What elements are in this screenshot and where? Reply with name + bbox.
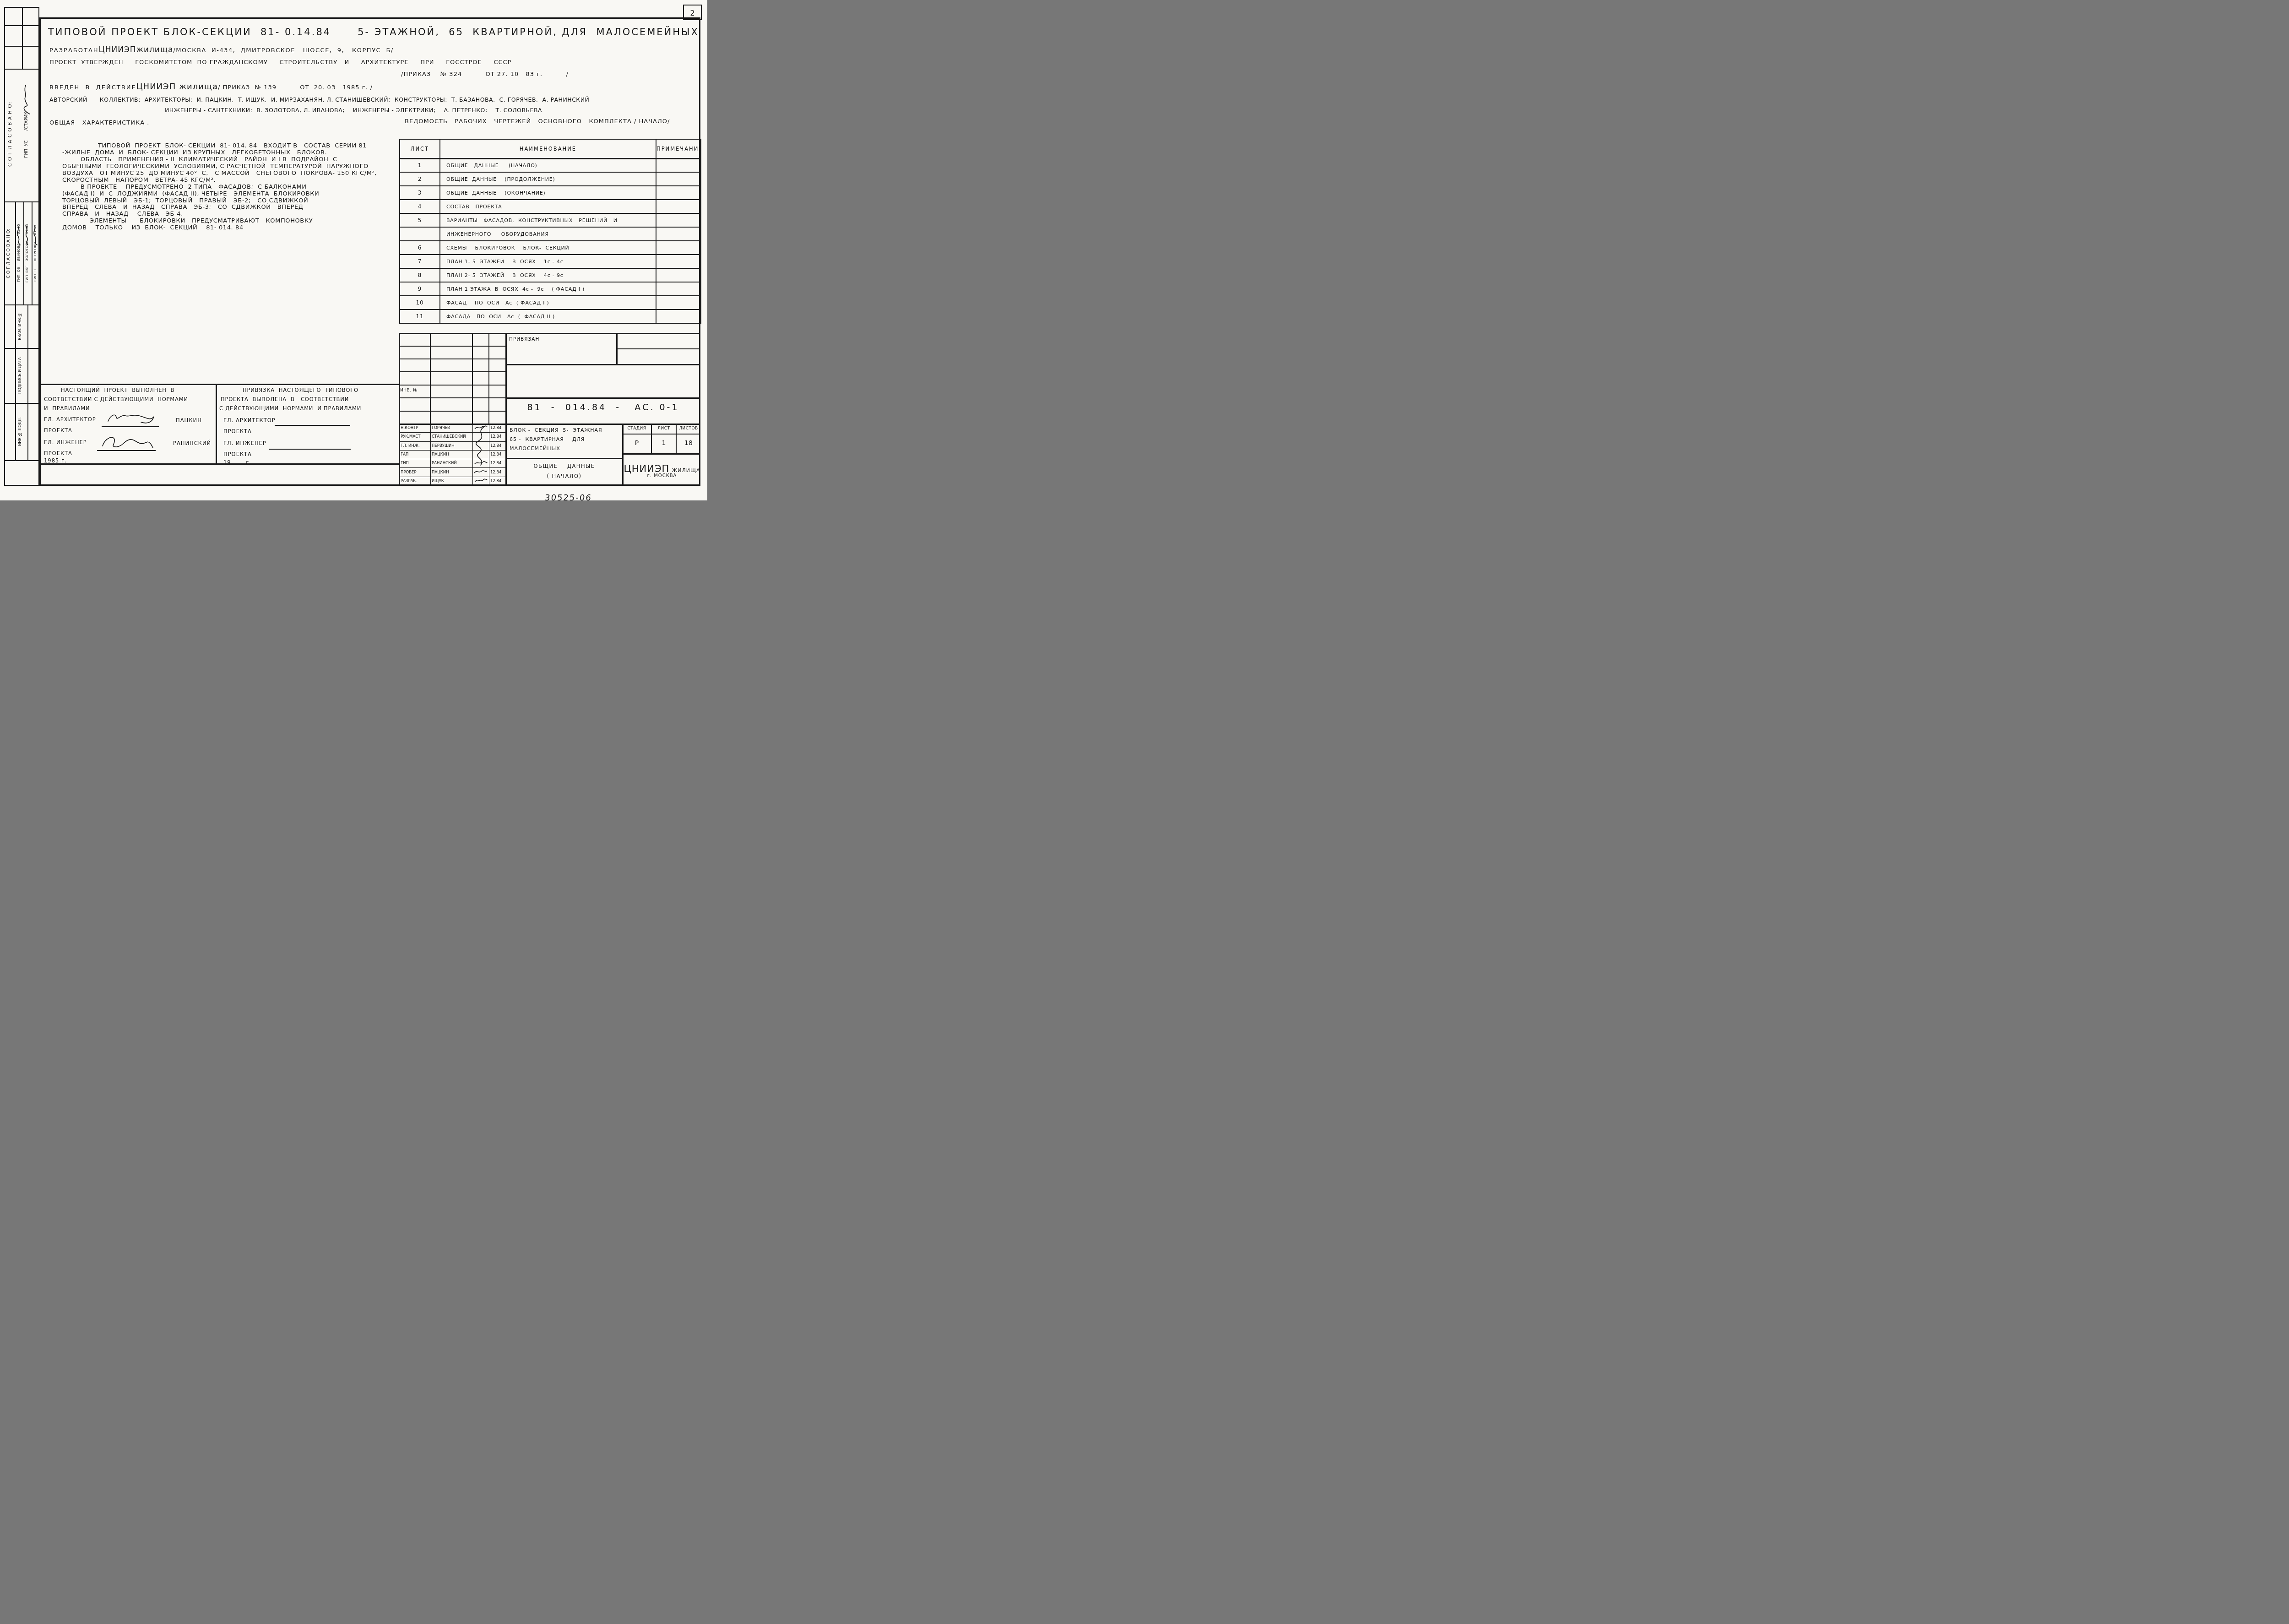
approved-stamp-2-label: С О Г Л А С О В А Н О:	[6, 205, 14, 302]
stamp-date: 12.84	[489, 459, 506, 468]
stamp-signature-cell	[473, 468, 489, 477]
text-line: СПРАВА И НАЗАД СЛЕВА ЭБ-4.	[62, 211, 402, 218]
note-cell	[656, 172, 701, 186]
developed-rest: /МОСКВА И-434, ДМИТРОВСКОЕ ШОССЕ, 9, КОР…	[173, 47, 393, 54]
table-row: 4СОСТАВ ПРОЕКТА	[400, 200, 701, 213]
scanned-drawing-sheet: 2 С О Г Л А С О В А Н О: ГИП УС /СТАРИК …	[0, 0, 707, 500]
margin-label-inv-podl: ИНВ.№ ПОДЛ.	[18, 405, 26, 459]
inventory-number-label: ИНВ. №	[400, 387, 429, 397]
sheet-no: 5	[400, 213, 440, 227]
stamp-role: Н.КОНТР	[400, 424, 431, 433]
stage-header: СТАДИЯ	[623, 426, 651, 431]
stamp-row: РАЗРАБ.ИЩУК12.84	[400, 477, 506, 485]
role-label: ПРОЕКТА	[223, 451, 252, 457]
sheet-name: ПЛАН 2- 5 ЭТАЖЕЙ В ОСЯХ 4с - 9с	[440, 268, 656, 282]
grid-line	[622, 434, 700, 435]
grid-line	[399, 397, 506, 398]
approved-stamp-2-entry: ГИП ВКГ ЗОЛОТОВА 01.85	[25, 203, 31, 303]
table-row: 7ПЛАН 1- 5 ЭТАЖЕЙ В ОСЯХ 1с - 4с	[400, 255, 701, 268]
year-label: 1985 г.	[44, 458, 67, 464]
sheet-no	[400, 227, 440, 241]
attached-label: ПРИВЯЗАН	[509, 337, 539, 342]
role-label: ГЛ. АРХИТЕКТОР	[223, 418, 276, 424]
grid-line	[27, 304, 28, 460]
grid-line	[4, 460, 39, 461]
note-cell	[656, 268, 701, 282]
declaration-line: НАСТОЯЩИЙ ПРОЕКТ ВЫПОЛНЕН В	[61, 387, 174, 393]
stamp-name: ПЕРВУШИН	[431, 441, 473, 450]
margin-label-vzam-inv: ВЗАМ. ИНВ.№	[18, 306, 26, 346]
declaration-line: СООТВЕТСТВИИ С ДЕЙСТВУЮЩИМИ НОРМАМИ	[44, 396, 188, 402]
grid-line	[399, 371, 506, 372]
section-heading-sheet-register: ВЕДОМОСТЬ РАБОЧИХ ЧЕРТЕЖЕЙ ОСНОВНОГО КОМ…	[405, 119, 670, 125]
sheet-name: ФАСАД ПО ОСИ Ас ( ФАСАД I )	[440, 296, 656, 310]
note-cell	[656, 310, 701, 323]
grid-line	[399, 385, 506, 386]
sheet-name: ИНЖЕНЕРНОГО ОБОРУДОВАНИЯ	[440, 227, 656, 241]
grid-line	[4, 25, 39, 26]
year-label: 19 г.	[223, 460, 251, 466]
project-name-line: 65 - КВАРТИРНАЯ ДЛЯ	[510, 437, 585, 443]
approval-order-line: /ПРИКАЗ № 324 ОТ 27. 10 83 г. /	[401, 71, 569, 78]
grid-line	[399, 333, 700, 334]
table-row: 1ОБЩИЕ ДАННЫЕ (НАЧАЛО)	[400, 158, 701, 172]
sheet-no: 2	[400, 172, 440, 186]
text-line: ТИПОВОЙ ПРОЕКТ БЛОК- СЕКЦИИ 81- 014. 84 …	[62, 143, 402, 150]
signature	[470, 425, 490, 467]
table-row: 3ОБЩИЕ ДАННЫЕ (ОКОНЧАНИЕ)	[400, 186, 701, 200]
grid-line	[32, 201, 33, 304]
sheet-name: ОБЩИЕ ДАННЫЕ (НАЧАЛО)	[440, 158, 656, 172]
signature-line	[269, 449, 351, 450]
column-header-sheet: ЛИСТ	[400, 139, 440, 158]
stamp-name: СТАНИШЕВСКИЙ	[431, 433, 473, 441]
sheet-header: ЛИСТ	[652, 426, 676, 431]
signature-line	[275, 425, 350, 426]
stamp-name: ИЩУК	[431, 477, 473, 485]
grid-line	[4, 304, 39, 305]
grid-line	[4, 348, 39, 349]
stamp-row: РУК.МАСТСТАНИШЕВСКИЙ12.84	[400, 433, 506, 441]
stamp-date: 12.84	[489, 441, 506, 450]
signer-name: ПАЦКИН	[176, 418, 202, 424]
text-line: ВПЕРЕД СЛЕВА И НАЗАД СПРАВА ЭБ-3; СО СДВ…	[62, 204, 402, 211]
grid-line	[622, 453, 700, 455]
enacted-rest: / ПРИКАЗ № 139 ОТ 20. 03 1985 г. /	[218, 84, 373, 91]
signature	[104, 411, 157, 426]
table-row: 10ФАСАД ПО ОСИ Ас ( ФАСАД I )	[400, 296, 701, 310]
sheet-name: ОБЩИЕ ДАННЫЕ (ОКОНЧАНИЕ)	[440, 186, 656, 200]
stamp-role: ГАП	[400, 450, 431, 459]
sheet-name: СОСТАВ ПРОЕКТА	[440, 200, 656, 213]
binding-line: С ДЕЙСТВУЮЩИМИ НОРМАМИ И ПРАВИЛАМИ	[219, 406, 361, 412]
text-line: (ФАСАД I) И С ЛОДЖИЯМИ (ФАСАД II), ЧЕТЫР…	[62, 191, 402, 198]
grid-line	[15, 201, 16, 304]
table-row: 6СХЕМЫ БЛОКИРОВОК БЛОК- СЕКЦИЙ	[400, 241, 701, 255]
enacted-label: ВВЕДЕН В ДЕЙСТВИЕ	[49, 84, 136, 91]
stamp-role: ГИП	[400, 459, 431, 468]
binding-line: ПРОЕКТА ВЫПОЛЕНА В СООТВЕТСТВИИ	[221, 396, 349, 402]
sheet-name: СХЕМЫ БЛОКИРОВОК БЛОК- СЕКЦИЙ	[440, 241, 656, 255]
stamp-name: ГОРЯЧЕВ	[431, 424, 473, 433]
sheet-no: 7	[400, 255, 440, 268]
stamp-name: ПАЦКИН	[431, 450, 473, 459]
sheet-no: 3	[400, 186, 440, 200]
table-row: 5ВАРИАНТЫ ФАСАДОВ, КОНСТРУКТИВНЫХ РЕШЕНИ…	[400, 213, 701, 227]
signature	[474, 478, 488, 483]
sheet-no: 1	[400, 158, 440, 172]
note-cell	[656, 227, 701, 241]
note-cell	[656, 186, 701, 200]
grid-line	[616, 348, 700, 349]
grid-line	[399, 358, 506, 359]
grid-line	[4, 69, 39, 70]
signature	[22, 83, 33, 115]
signature-line	[97, 450, 156, 451]
signature	[33, 225, 38, 246]
sheet-no: 10	[400, 296, 440, 310]
stamp-date: 12.84	[489, 450, 506, 459]
enacted-line: ВВЕДЕН В ДЕЙСТВИЕЦНИИЭП жилища/ ПРИКАЗ №…	[49, 82, 373, 92]
sheet-name: ВАРИАНТЫ ФАСАДОВ, КОНСТРУКТИВНЫХ РЕШЕНИЙ…	[440, 213, 656, 227]
sheet-no: 11	[400, 310, 440, 323]
handwritten-sheet-ref: 30525-06	[544, 494, 592, 500]
signature	[24, 225, 30, 246]
organization-city: г. МОСКВА	[647, 473, 677, 478]
grid-line	[4, 46, 39, 47]
sheets-value: 18	[677, 440, 700, 447]
page-number: 2	[690, 9, 694, 17]
developed-label: РАЗРАБОТАН	[49, 47, 99, 54]
table-row: 11ФАСАДА ПО ОСИ Ас ( ФАСАД II )	[400, 310, 701, 323]
page-number-box: 2	[683, 5, 702, 20]
sheet-name: ФАСАДА ПО ОСИ Ас ( ФАСАД II )	[440, 310, 656, 323]
sheet-value: 1	[652, 440, 676, 447]
general-characteristics-text: ТИПОВОЙ ПРОЕКТ БЛОК- СЕКЦИИ 81- 014. 84 …	[62, 143, 402, 232]
approved-stamp-2-entry: ГИП Э ПЕТРЕНКО 01.85	[33, 203, 39, 303]
sheet-title-line: ( НАЧАЛО)	[506, 473, 623, 479]
grid-line	[505, 397, 700, 399]
stamp-date: 12.84	[489, 424, 506, 433]
text-line: СКОРОСТНЫМ НАПОРОМ ВЕТРА- 45 КГС/М².	[62, 177, 402, 184]
project-name-line: МАЛОСЕМЕЙНЫХ	[510, 446, 560, 452]
column-header-note: ПРИМЕЧАНИЕ	[656, 139, 701, 158]
text-line: ОБЫЧНЫМИ ГЕОЛОГИЧЕСКИМИ УСЛОВИЯМИ, С РАС…	[62, 163, 402, 170]
role-label: ГЛ. ИНЖЕНЕР	[44, 440, 87, 445]
signature-line	[102, 426, 159, 427]
stamp-row: ГАППАЦКИН12.84	[400, 450, 506, 459]
role-label: ПРОЕКТА	[223, 429, 252, 435]
role-label: ПРОЕКТА	[44, 451, 72, 456]
sheet-no: 8	[400, 268, 440, 282]
stamp-row: ГЛ. ИНЖ.ПЕРВУШИН12.84	[400, 441, 506, 450]
stamp-row: Н.КОНТРГОРЯЧЕВ12.84	[400, 424, 506, 433]
stamp-signature-table: Н.КОНТРГОРЯЧЕВ12.84 РУК.МАСТСТАНИШЕВСКИЙ…	[399, 424, 506, 486]
table-row: ИНЖЕНЕРНОГО ОБОРУДОВАНИЯ	[400, 227, 701, 241]
stamp-name: ПАЦКИН	[431, 468, 473, 477]
grid-line	[399, 346, 506, 347]
declaration-line: И ПРАВИЛАМИ	[44, 406, 90, 412]
team-line-1: АВТОРСКИЙ КОЛЛЕКТИВ: АРХИТЕКТОРЫ: И. ПАЦ…	[49, 97, 589, 103]
stamp-date: 12.84	[489, 477, 506, 485]
grid-line	[505, 364, 700, 365]
approved-line: ПРОЕКТ УТВЕРЖДЕН ГОСКОМИТЕТОМ ПО ГРАЖДАН…	[49, 60, 511, 66]
stamp-date: 12.84	[489, 468, 506, 477]
enacted-org: ЦНИИЭП жилища	[136, 82, 218, 92]
stamp-role: ПРОВЕР	[400, 468, 431, 477]
stage-value: Р	[623, 440, 651, 447]
text-line: В ПРОЕКТЕ ПРЕДУСМОТРЕНО 2 ТИПА ФАСАДОВ; …	[62, 184, 402, 191]
sheet-no: 6	[400, 241, 440, 255]
stamp-date: 12.84	[489, 433, 506, 441]
grid-line	[39, 463, 399, 465]
stamp-row: ПРОВЕРПАЦКИН12.84	[400, 468, 506, 477]
sheet-no: 4	[400, 200, 440, 213]
grid-line	[23, 201, 24, 304]
organization-type: ЖИЛИЩА	[672, 467, 700, 473]
sheet-no: 9	[400, 282, 440, 296]
binding-line: ПРИВЯЗКА НАСТОЯЩЕГО ТИПОВОГО	[243, 387, 358, 393]
stamp-role: РАЗРАБ.	[400, 477, 431, 485]
note-cell	[656, 255, 701, 268]
approved-stamp-1-label: С О Г Л А С О В А Н О:	[7, 71, 16, 197]
table-row: 2ОБЩИЕ ДАННЫЕ (ПРОДОЛЖЕНИЕ)	[400, 172, 701, 186]
stamp-role: РУК.МАСТ	[400, 433, 431, 441]
text-line: ВОЗДУХА ОТ МИНУС 25 ДО МИНУС 40° С, С МА…	[62, 170, 402, 177]
approved-stamp-2-entry: ГИП ОВ ИВАНОВА 01.85	[16, 203, 23, 303]
stamp-name: РАНИНСКИЙ	[431, 459, 473, 468]
role-label: ГЛ. ИНЖЕНЕР	[223, 440, 266, 446]
signature	[100, 434, 155, 451]
stamp-row: ГИПРАНИНСКИЙ12.84	[400, 459, 506, 468]
developed-line: РАЗРАБОТАНЦНИИЭПжилища/МОСКВА И-434, ДМИ…	[49, 46, 394, 55]
text-line: ЭЛЕМЕНТЫ БЛОКИРОВКИ ПРЕДУСМАТРИВАЮТ КОМП…	[62, 218, 402, 225]
developer-org: ЦНИИЭПжилища	[99, 45, 174, 54]
table-header-row: ЛИСТ НАИМЕНОВАНИЕ ПРИМЕЧАНИЕ	[400, 139, 701, 158]
role-label: ПРОЕКТА	[44, 428, 72, 434]
stamp-signature-cell	[473, 477, 489, 485]
team-line-2: ИНЖЕНЕРЫ - САНТЕХНИКИ: В. ЗОЛОТОВА, Л. И…	[165, 107, 542, 114]
grid-line	[216, 384, 217, 464]
stamp-role: ГЛ. ИНЖ.	[400, 441, 431, 450]
signature	[16, 225, 22, 246]
sheet-register-table: ЛИСТ НАИМЕНОВАНИЕ ПРИМЕЧАНИЕ 1ОБЩИЕ ДАНН…	[399, 139, 701, 324]
grid-line	[39, 384, 399, 385]
note-cell	[656, 213, 701, 227]
text-line: ДОМОВ ТОЛЬКО ИЗ БЛОК- СЕКЦИЙ 81- 014. 84	[62, 225, 402, 232]
sheet-name: ПЛАН 1 ЭТАЖА В ОСЯХ 4с - 9с ( ФАСАД I )	[440, 282, 656, 296]
note-cell	[656, 282, 701, 296]
signer-name: РАНИНСКИЙ	[173, 440, 211, 446]
grid-line	[505, 458, 624, 459]
note-cell	[656, 296, 701, 310]
text-line: -ЖИЛЫЕ ДОМА И БЛОК- СЕКЦИИ ИЗ КРУПНЫХ ЛЕ…	[62, 150, 402, 157]
role-label: ГЛ. АРХИТЕКТОР	[44, 417, 96, 423]
sheets-header: ЛИСТОВ	[677, 426, 700, 431]
table-row: 8ПЛАН 2- 5 ЭТАЖЕЙ В ОСЯХ 4с - 9с	[400, 268, 701, 282]
document-title: ТИПОВОЙ ПРОЕКТ БЛОК-СЕКЦИИ 81- 0.14.84 5…	[48, 27, 699, 38]
organization-name: ЦНИИЭП	[624, 463, 669, 474]
grid-line	[22, 7, 23, 69]
note-cell	[656, 241, 701, 255]
signature	[474, 469, 488, 474]
organization-block: ЦНИИЭП ЖИЛИЩА г. МОСКВА	[624, 457, 700, 484]
organization-name-row: ЦНИИЭП ЖИЛИЩА	[624, 463, 700, 474]
grid-line	[15, 304, 16, 460]
grid-line	[4, 201, 39, 202]
grid-line	[399, 411, 506, 412]
project-name-line: БЛОК - СЕКЦИЯ 5- ЭТАЖНАЯ	[510, 428, 602, 434]
sheet-title-line: ОБЩИЕ ДАННЫЕ	[506, 463, 623, 469]
note-cell	[656, 200, 701, 213]
sheet-name: ОБЩИЕ ДАННЫЕ (ПРОДОЛЖЕНИЕ)	[440, 172, 656, 186]
text-line: ОБЛАСТЬ ПРИМЕНЕНИЯ - II КЛИМАТИЧЕСКИЙ РА…	[62, 157, 402, 163]
column-header-name: НАИМЕНОВАНИЕ	[440, 139, 656, 158]
table-row: 9ПЛАН 1 ЭТАЖА В ОСЯХ 4с - 9с ( ФАСАД I )	[400, 282, 701, 296]
sheet-name: ПЛАН 1- 5 ЭТАЖЕЙ В ОСЯХ 1с - 4с	[440, 255, 656, 268]
document-number: 81 - 014.84 - АС. 0-1	[506, 403, 700, 413]
note-cell	[656, 158, 701, 172]
margin-label-signature-date: ПОДПИСЬ И ДАТА	[18, 350, 26, 401]
grid-line	[4, 403, 39, 404]
section-heading-general: ОБЩАЯ ХАРАКТЕРИСТИКА .	[49, 120, 149, 127]
